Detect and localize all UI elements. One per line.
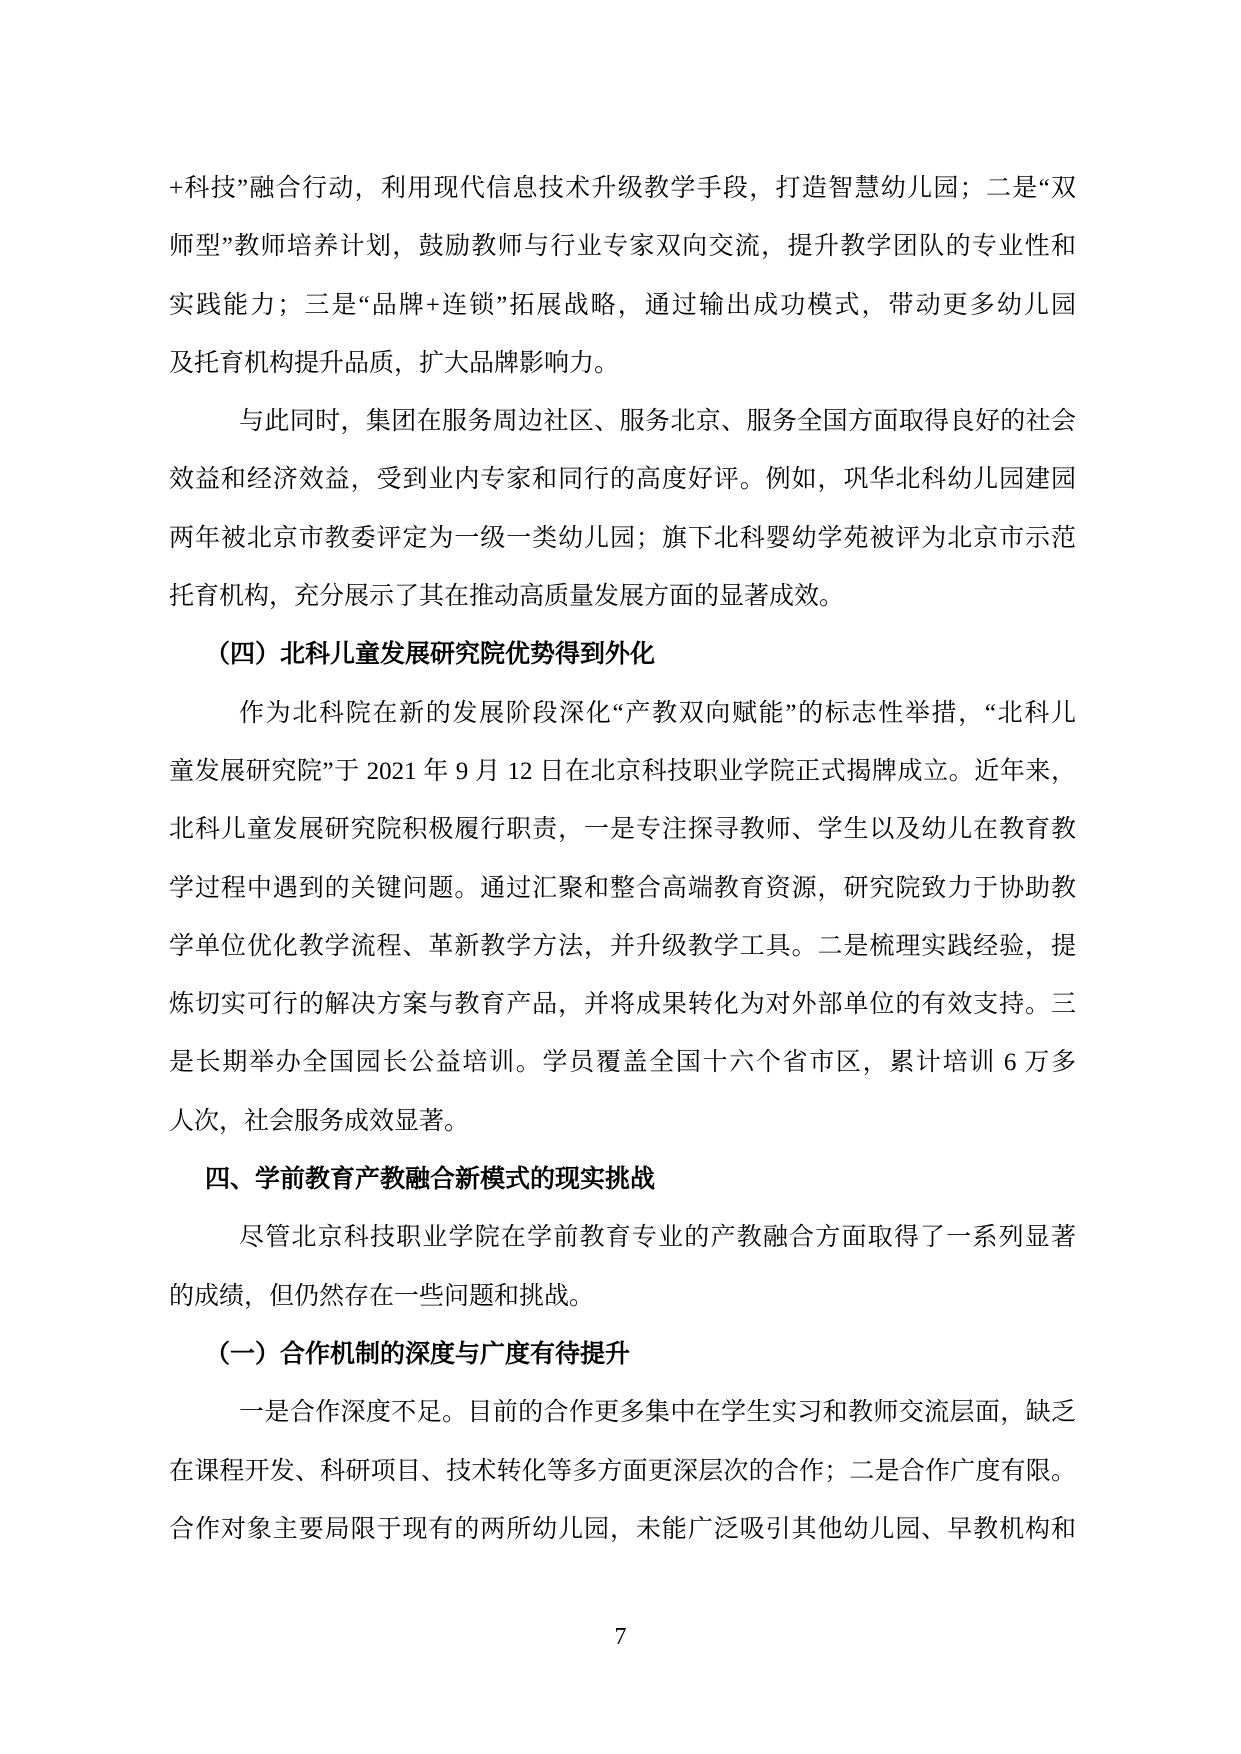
body-text-line: 及托育机构提升品质，扩大品牌影响力。 <box>169 335 1076 393</box>
body-text-line: 效益和经济效益，受到业内专家和同行的高度好评。例如，巩华北科幼儿园建园 <box>169 451 1076 509</box>
body-text-line: 一是合作深度不足。目前的合作更多集中在学生实习和教师交流层面，缺乏 <box>169 1384 1076 1442</box>
page-number: 7 <box>615 1624 627 1650</box>
body-text-line: 托育机构，充分展示了其在推动高质量发展方面的显著成效。 <box>169 568 1076 626</box>
body-text-line: 童发展研究院”于 2021 年 9 月 12 日在北京科技职业学院正式揭牌成立。… <box>169 743 1076 801</box>
body-text-line: 两年被北京市教委评定为一级一类幼儿园；旗下北科婴幼学苑被评为北京市示范 <box>169 510 1076 568</box>
body-text-line: 师型”教师培养计划，鼓励教师与行业专家双向交流，提升教学团队的专业性和 <box>169 218 1076 276</box>
body-text-line: +科技”融合行动，利用现代信息技术升级教学手段，打造智慧幼儿园；二是“双 <box>169 160 1076 218</box>
body-text-line: 炼切实可行的解决方案与教育产品，并将成果转化为对外部单位的有效支持。三 <box>169 976 1076 1034</box>
body-text-line: 尽管北京科技职业学院在学前教育专业的产教融合方面取得了一系列显著 <box>169 1209 1076 1267</box>
body-text-line: 与此同时，集团在服务周边社区、服务北京、服务全国方面取得良好的社会 <box>169 393 1076 451</box>
document-body: +科技”融合行动，利用现代信息技术升级教学手段，打造智慧幼儿园；二是“双师型”教… <box>169 160 1076 1559</box>
body-text-line: 学过程中遇到的关键问题。通过汇聚和整合高端教育资源，研究院致力于协助教 <box>169 860 1076 918</box>
body-text-line: 是长期举办全国园长公益培训。学员覆盖全国十六个省市区，累计培训 6 万多 <box>169 1034 1076 1092</box>
body-text-line: 的成绩，但仍然存在一些问题和挑战。 <box>169 1268 1076 1326</box>
section-heading: （一）合作机制的深度与广度有待提升 <box>169 1326 1076 1384</box>
body-text-line: 学单位优化教学流程、革新教学方法，并升级教学工具。二是梳理实践经验，提 <box>169 918 1076 976</box>
section-heading: （四）北科儿童发展研究院优势得到外化 <box>169 626 1076 684</box>
body-text-line: 人次，社会服务成效显著。 <box>169 1093 1076 1151</box>
body-text-line: 作为北科院在新的发展阶段深化“产教双向赋能”的标志性举措，“北科儿 <box>169 685 1076 743</box>
document-page: +科技”融合行动，利用现代信息技术升级教学手段，打造智慧幼儿园；二是“双师型”教… <box>0 0 1241 1754</box>
section-heading: 四、学前教育产教融合新模式的现实挑战 <box>169 1151 1076 1209</box>
body-text-line: 实践能力；三是“品牌+连锁”拓展战略，通过输出成功模式，带动更多幼儿园 <box>169 277 1076 335</box>
page-footer: 7 <box>0 1622 1241 1652</box>
body-text-line: 在课程开发、科研项目、技术转化等多方面更深层次的合作；二是合作广度有限。 <box>169 1443 1076 1501</box>
body-text-line: 合作对象主要局限于现有的两所幼儿园，未能广泛吸引其他幼儿园、早教机构和 <box>169 1501 1076 1559</box>
body-text-line: 北科儿童发展研究院积极履行职责，一是专注探寻教师、学生以及幼儿在教育教 <box>169 801 1076 859</box>
